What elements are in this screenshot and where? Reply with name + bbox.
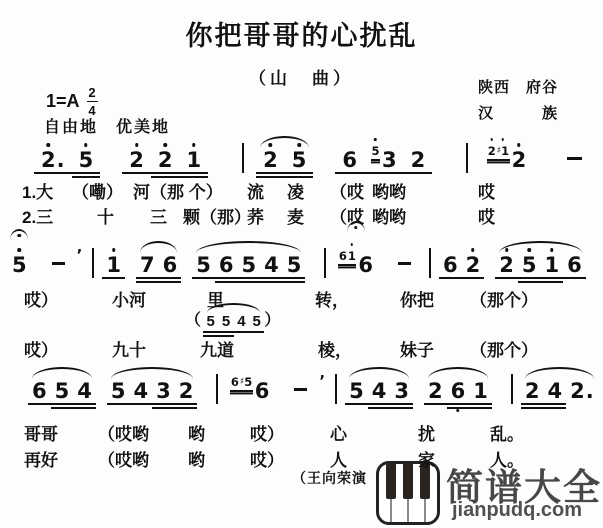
lyric-segment: 三 [150, 203, 167, 228]
note-digit: 3 [382, 148, 397, 172]
lyric-segment: 颗（那） [183, 203, 251, 228]
underline-icon [469, 403, 492, 405]
lyric-segment: 十 [97, 203, 114, 228]
grace-digit: 5 [244, 375, 252, 389]
underline-icon [563, 277, 586, 279]
note: 5 [285, 150, 314, 171]
underline-icon [237, 281, 260, 283]
slur-icon [499, 241, 582, 253]
octave-dot-icon [517, 143, 521, 147]
time-numerator: 2 [88, 86, 95, 99]
note-digit: 5 [253, 313, 261, 330]
digit-wrap: 5 [241, 255, 256, 276]
digit-wrap: 2 [428, 381, 443, 402]
note-digit: 4 [134, 379, 149, 403]
note: 2 [495, 255, 518, 276]
note: 2 [175, 381, 198, 402]
lyric-row: 2.三十三颗（那）荞麦（哎哟哟哎 [0, 203, 603, 227]
duration-dash-icon [398, 262, 411, 265]
note: 5 [218, 314, 233, 330]
note-digit: 1 [544, 253, 559, 277]
fermata-dot-icon [18, 234, 22, 238]
lyric-segment: （哎 [330, 178, 364, 203]
note-digit: 4 [547, 379, 562, 403]
time-signature: 2 4 [87, 86, 98, 117]
grace-digit: 1 [348, 249, 356, 263]
note: 2 [256, 150, 285, 171]
note: 4 [130, 381, 153, 402]
lyric-segment: 妹子 [400, 336, 434, 361]
digit-wrap: 2 [158, 150, 173, 171]
note: 616 [334, 247, 377, 276]
digit-wrap: 1 [473, 381, 488, 402]
digit-wrap: 5 [79, 150, 94, 171]
grace-note: 6 [230, 373, 239, 389]
lyric-row: 1.大（嘞）河（那 个）流凌（哎哟哟哎 [0, 178, 603, 202]
note: 6 [28, 381, 51, 402]
underline-icon [234, 331, 249, 333]
digit-wrap: 4 [264, 255, 279, 276]
digit-wrap: 7 [140, 255, 155, 276]
lyric-segment: 荞 [247, 203, 264, 228]
underline-icon [368, 407, 391, 409]
note-digit: 2 [499, 253, 514, 277]
note-group: 6532 [335, 142, 432, 171]
underline-icon [192, 277, 215, 279]
grace-digit: 1 [501, 144, 509, 158]
note: 2♯12 [480, 142, 533, 171]
note-digit: 5 [349, 379, 364, 403]
note-digit: 1 [106, 253, 121, 277]
underline-icon [175, 403, 198, 405]
underline-icon [218, 331, 233, 333]
lyric-segment: 哎 [478, 203, 495, 228]
octave-dot-icon [47, 143, 51, 147]
underline-icon [151, 172, 180, 174]
music-line-1: 2.52212565322♯12 [34, 142, 603, 173]
underline-icon [543, 407, 566, 409]
note-digit: 5 [196, 253, 211, 277]
barline-icon [511, 374, 513, 404]
grace-underline-icon [338, 264, 356, 265]
tempo-marking: 自由地 优美地 [44, 114, 170, 137]
credit-text: （王向荣演 [292, 468, 367, 488]
octave-dot-icon [374, 138, 377, 141]
note-digit: 6 [163, 253, 178, 277]
octave-dot-icon [351, 243, 354, 246]
note-digit: 2 [512, 148, 527, 172]
note: 2. [566, 381, 598, 402]
lyric-segment: 哎 [478, 178, 495, 203]
lyric-segment: 转， [315, 286, 349, 311]
lyric-segment: 哎） [250, 446, 284, 471]
digit-wrap: 5 [196, 255, 211, 276]
note: 5 [72, 150, 101, 171]
note-digit: 4 [372, 379, 387, 403]
digit-wrap: 4 [77, 381, 92, 402]
barline-icon [324, 248, 326, 278]
note: 1 [179, 150, 208, 171]
underline-icon [73, 403, 96, 405]
digit-wrap: 5 [207, 314, 215, 330]
lyric-segment: 家 [418, 446, 435, 471]
underline-icon [521, 407, 544, 409]
underline-icon [404, 172, 433, 174]
underline-icon [260, 281, 283, 283]
note-digit: 1 [186, 148, 201, 172]
underline-icon [159, 277, 182, 279]
note: 53 [364, 142, 404, 171]
note: 4 [234, 314, 249, 330]
note: 2 [122, 150, 151, 171]
digit-wrap: 5 [287, 255, 302, 276]
lyric-segment: 哎） [24, 336, 58, 361]
note-group: 654 [28, 381, 96, 402]
note: 5 [237, 255, 260, 276]
note-digit: 2 [129, 148, 144, 172]
note-digit: 5 [522, 253, 537, 277]
ethnic-text: 汉 族 [478, 102, 558, 123]
underline-icon [447, 403, 470, 405]
lyric-row: 哥哥（哎哟哟哎）心扰乱。 [0, 420, 603, 444]
underline-icon [73, 407, 96, 409]
digit-wrap: 5 [292, 150, 307, 171]
note: 4 [260, 255, 283, 276]
digit-wrap: 2 [499, 255, 514, 276]
digit-wrap: 1 [544, 255, 559, 276]
lyric-row: 哎）小河里转，你把（那个） [0, 286, 603, 310]
underline-icon [136, 281, 159, 283]
digit-wrap: 6 [567, 255, 582, 276]
note-digit: 5 [79, 148, 94, 172]
note-digit: 2 [428, 379, 443, 403]
slur-icon [32, 367, 92, 379]
digit-wrap: 3 [156, 381, 171, 402]
note-digit: 6 [255, 379, 270, 403]
note-group: 616 [334, 247, 377, 276]
note-group: 543 [345, 381, 413, 402]
lyric-row: 哎）九十九道棱，妹子（那个） [0, 336, 603, 360]
digit-wrap: 2 [512, 150, 527, 171]
note-group: 2♯12 [480, 142, 533, 171]
note-digit: 6 [567, 253, 582, 277]
slur-icon [111, 367, 194, 379]
underline-icon [256, 172, 285, 174]
grace-digit: 6 [231, 375, 239, 389]
music-line-3: 65454326♯56’543261242. [28, 372, 603, 419]
slur-icon [196, 241, 301, 253]
octave-dot-icon [491, 138, 494, 141]
note: 2 [151, 150, 180, 171]
note-digit: 2 [411, 148, 426, 172]
lyric-segment: 流 [247, 178, 264, 203]
lyric-segment: 棱， [318, 336, 352, 361]
digit-wrap: 4 [237, 314, 245, 330]
octave-dot-icon [163, 143, 167, 147]
octave-dot-icon [135, 143, 139, 147]
digit-wrap: 2 [263, 150, 278, 171]
note: 6 [215, 255, 238, 276]
note-group: 62 [439, 255, 484, 276]
note: 5 [203, 314, 218, 330]
underline-icon [152, 407, 175, 409]
digit-wrap: 5 [12, 255, 27, 276]
digit-wrap: 2 [41, 150, 56, 171]
duration-dash-icon [567, 157, 582, 160]
note-group: 221 [122, 150, 208, 171]
note-digit: 6 [443, 253, 458, 277]
note: 6 [447, 381, 470, 402]
underline-icon [469, 407, 492, 409]
underline-icon [540, 281, 563, 283]
region-text: 陕西 府谷 [478, 76, 558, 97]
digit-wrap: 2 [411, 150, 426, 171]
note: 5 [345, 381, 368, 402]
note-digit: 5 [207, 313, 215, 330]
note: 4 [73, 381, 96, 402]
note-group: 56545 [192, 255, 305, 276]
duration-dash-icon [294, 388, 307, 391]
underline-icon [260, 277, 283, 279]
digit-wrap: 6 [443, 255, 458, 276]
note-digit: 5 [222, 313, 230, 330]
white-key-divider-icon [390, 499, 392, 522]
note-digit: 2 [525, 379, 540, 403]
barline-icon [466, 143, 468, 173]
note-digit: 5 [111, 379, 126, 403]
note: 5 [51, 381, 74, 402]
note-digit: 5 [287, 253, 302, 277]
lyric-segment: 你把 [400, 286, 434, 311]
white-key-divider-icon [424, 499, 426, 522]
digit-wrap: 2 [129, 150, 144, 171]
underline-icon [130, 403, 153, 405]
lyric-segment: 哟哟 [372, 203, 406, 228]
lyric-segment: 河（那 个） [133, 178, 223, 203]
note-digit: 2 [41, 148, 56, 172]
watermark-site: jianpudq.com [452, 499, 582, 522]
lyric-segment: 小河 [112, 286, 146, 311]
lyric-segment: 人。 [490, 446, 524, 471]
octave-dot-icon [550, 248, 554, 252]
digit-wrap: 6 [451, 381, 466, 402]
octave-dot-icon [471, 248, 475, 252]
grace-notes: 6♯5 [230, 373, 252, 389]
digit-wrap: 6 [32, 381, 47, 402]
octave-dot-icon [84, 143, 88, 147]
lyric-segment: （哎哟 [98, 420, 149, 445]
note-digit: 5 [55, 379, 70, 403]
digit-wrap: 2 [179, 381, 194, 402]
digit-wrap: 5 [349, 381, 364, 402]
key-signature: 1=A 2 4 [46, 86, 98, 117]
underline-icon [518, 277, 541, 279]
octave-dot-icon [269, 143, 273, 147]
digit-wrap: 2 [525, 381, 540, 402]
grace-notes: 5 [371, 142, 380, 158]
lyric-segment: （哎 [330, 203, 364, 228]
sheet-music-page: 你把哥哥的心扰乱 （山 曲） 1=A 2 4 陕西 府谷 汉 族 自由地 优美地… [0, 0, 603, 528]
note-digit: 3 [394, 379, 409, 403]
lyric-segment: 凌 [287, 178, 304, 203]
underline-icon [424, 403, 447, 405]
underline-icon [518, 281, 541, 283]
lyric-segment: 哟哟 [372, 178, 406, 203]
octave-dot-icon [502, 138, 505, 141]
note-digit: 2 [570, 379, 585, 403]
underline-icon [51, 403, 74, 405]
note-digit: 5 [292, 148, 307, 172]
barline-icon [242, 143, 244, 173]
lyric-segment: 九十 [112, 336, 146, 361]
underline-icon [203, 331, 218, 333]
grace-underline-icon [487, 159, 509, 160]
underline-icon [175, 407, 198, 409]
duration-dash-icon [52, 262, 65, 265]
breath-mark-icon: ’ [77, 246, 83, 264]
underline-icon [28, 403, 51, 405]
underline-icon [72, 172, 101, 174]
underline-icon [159, 281, 182, 283]
digit-wrap: 2 [466, 255, 481, 276]
grace-notes: 2♯1 [487, 142, 509, 158]
digit-wrap: 5 [522, 255, 537, 276]
note-digit: 2 [466, 253, 481, 277]
note-digit: 6 [219, 253, 234, 277]
underline-icon [122, 172, 151, 174]
note: 7 [136, 255, 159, 276]
white-key-divider-icon [407, 499, 409, 522]
note-digit: 6 [342, 148, 357, 172]
underline-icon [335, 172, 364, 174]
note-group: 261 [424, 381, 492, 402]
grace-underline-icon [230, 390, 252, 391]
note: 2 [404, 150, 433, 171]
underline-icon [495, 277, 518, 279]
underline-icon [364, 172, 404, 174]
lyric-segment: 1.大 [22, 178, 53, 203]
note-group: 2.5 [34, 150, 100, 171]
song-title: 你把哥哥的心扰乱 [0, 14, 603, 53]
lyric-segment: （那个） [470, 286, 538, 311]
lyric-segment: 再好 [24, 446, 58, 471]
note: 2. [34, 150, 72, 171]
digit-wrap: 5 [111, 381, 126, 402]
note-digit: 6 [451, 379, 466, 403]
grace-notes: 61 [338, 247, 356, 263]
lyric-segment: 里 [207, 286, 224, 311]
lyric-segment: 乱。 [490, 420, 524, 445]
note: 3 [390, 381, 413, 402]
octave-dot-icon [18, 248, 22, 252]
lyric-segment: 哎） [250, 420, 284, 445]
underline-icon [439, 277, 462, 279]
note: 3 [152, 381, 175, 402]
note: 6 [335, 150, 364, 171]
note-digit: 4 [237, 313, 245, 330]
grace-digit: 2 [488, 144, 496, 158]
slur-icon [140, 241, 177, 253]
underline-icon [249, 331, 264, 333]
lyric-segment: 扰 [418, 420, 435, 445]
note: 1 [102, 255, 125, 276]
note-digit: 2 [263, 148, 278, 172]
digit-wrap: 4 [547, 381, 562, 402]
grace-digit: 5 [371, 144, 379, 158]
digit-wrap: 6 [358, 255, 373, 276]
fraction-line-icon [87, 101, 98, 103]
slur-icon [525, 367, 594, 379]
music-line-2: 5’17656545616622516 [8, 246, 603, 278]
digit-wrap: 5 [222, 314, 230, 330]
grace-note: 2 [487, 142, 496, 158]
note: 2 [462, 255, 485, 276]
underline-icon [215, 281, 238, 283]
augmentation-dot: . [57, 148, 65, 172]
note-group: 242. [521, 381, 598, 402]
octave-dot-icon [112, 248, 116, 252]
underline-icon [521, 403, 544, 405]
digit-wrap: 6 [255, 381, 270, 402]
digit-wrap: 3 [394, 381, 409, 402]
slur-icon [260, 136, 309, 148]
note-digit: 4 [264, 253, 279, 277]
breath-mark-icon: ’ [319, 372, 325, 390]
octave-dot-icon [505, 248, 509, 252]
augmentation-dot: . [586, 379, 594, 403]
digit-wrap: 1 [186, 150, 201, 171]
key-text: 1=A [46, 91, 80, 112]
inline-notation-phrase: （5545） [185, 307, 280, 331]
octave-dot-icon [192, 143, 196, 147]
close-paren: ） [264, 312, 280, 329]
note-digit: 4 [77, 379, 92, 403]
lyric-segment: 哥哥 [24, 420, 58, 445]
lyric-segment: （哎哟 [98, 446, 149, 471]
lyric-segment: 2.三 [22, 203, 53, 228]
underline-icon [390, 407, 413, 409]
note: 1 [469, 381, 492, 402]
note: 4 [543, 381, 566, 402]
digit-wrap: 5 [253, 314, 261, 330]
lyric-segment: 人 [330, 446, 347, 471]
underline-icon [345, 403, 368, 405]
lyric-segment: 哟 [188, 446, 205, 471]
underline-icon [447, 407, 470, 409]
lyric-segment: 麦 [287, 203, 304, 228]
grace-note: 5 [371, 142, 380, 158]
underline-icon [540, 277, 563, 279]
note: 6♯56 [226, 373, 273, 402]
note-digit: 6 [358, 253, 373, 277]
lyric-segment: （嘞） [72, 178, 123, 203]
underline-icon [34, 172, 72, 174]
note: 2 [521, 381, 544, 402]
note: 5 [283, 255, 306, 276]
note-group: 25 [256, 150, 313, 171]
digit-wrap: 2 [570, 381, 585, 402]
underline-icon [179, 172, 208, 174]
note-digit: 2 [179, 379, 194, 403]
note: 6 [439, 255, 462, 276]
note-group: 5 [8, 255, 31, 276]
underline-icon [237, 277, 260, 279]
underline-icon [462, 277, 485, 279]
note-group: 2516 [495, 255, 586, 276]
note: 6 [159, 255, 182, 276]
octave-dot-icon [527, 248, 531, 252]
note-digit: 6 [32, 379, 47, 403]
